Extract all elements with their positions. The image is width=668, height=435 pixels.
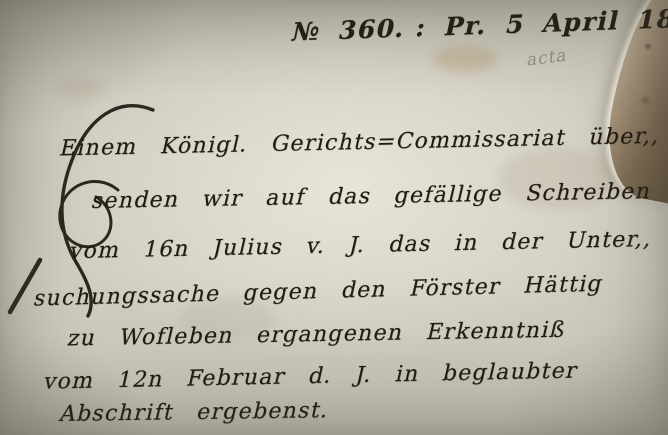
- docket-line: № 360.: Pr. 5 April 1841.: [292, 2, 668, 46]
- docket-number: № 360.: [289, 13, 409, 46]
- pencil-note: acta: [526, 46, 569, 71]
- manuscript-line-5: zu Wofleben ergangenen Erkenntniß: [68, 318, 566, 352]
- manuscript-page: № 360.: Pr. 5 April 1841. acta Einem Kön…: [0, 0, 668, 435]
- paper-stain: [432, 46, 498, 72]
- presentatum-date: : Pr. 5 April 1841.: [413, 2, 668, 42]
- manuscript-line-7: Abschrift ergebenst.: [60, 398, 330, 427]
- manuscript-line-4: suchungssache gegen den Förster Hättig: [34, 272, 604, 312]
- paper-stain: [58, 78, 102, 98]
- manuscript-line-2: senden wir auf das gefällige Schreiben: [92, 179, 652, 214]
- manuscript-line-6: vom 12n Februar d. J. in beglaubter: [44, 358, 578, 394]
- manuscript-line-3: vom 16n Julius v. J. das in der Unter,,: [70, 227, 653, 264]
- manuscript-line-1: Einem Königl. Gerichts=Commissariat über…: [60, 124, 661, 162]
